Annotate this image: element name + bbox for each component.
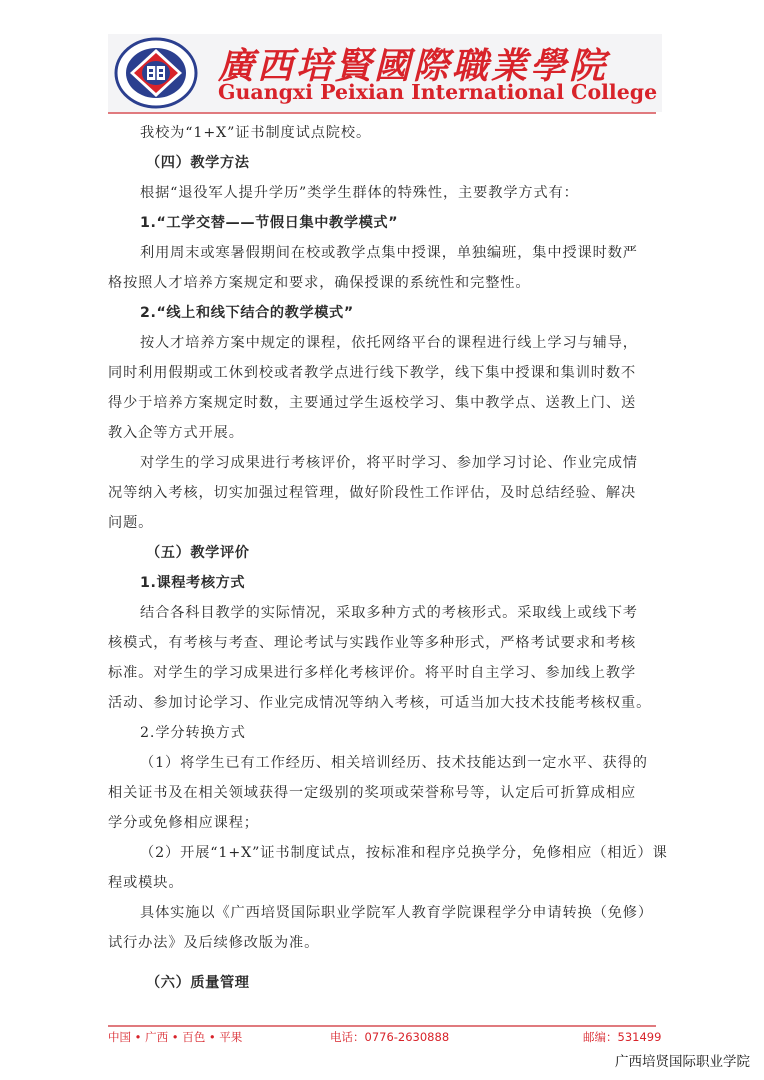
paragraph-line: 按人才培养方案中规定的课程，依托网络平台的课程进行线上学习与辅导， [108,332,638,352]
paragraph-line: 相关证书及在相关领域获得一定级别的奖项或荣誉称号等，认定后可折算成相应 [108,782,636,802]
paragraph-line: 试行办法》及后续修改版为准。 [108,932,319,952]
paragraph-line: 具体实施以《广西培贤国际职业学院军人教育学院课程学分申请转换（免修） [108,902,653,922]
college-name-english: Guangxi Peixian International College [218,80,657,104]
footer-phone: 电话：0776-2630888 [330,1029,449,1045]
paragraph-line: 教入企等方式开展。 [108,422,244,442]
paragraph-line: 况等纳入考核，切实加强过程管理，做好阶段性工作评估，及时总结经验、解决 [108,482,636,502]
paragraph-line: 得少于培养方案规定时数，主要通过学生返校学习、集中教学点、送教上门、送 [108,392,636,412]
paragraph-line: 同时利用假期或工休到校或者教学点进行线下教学，线下集中授课和集训时数不 [108,362,636,382]
paragraph-line: （1）将学生已有工作经历、相关培训经历、技术技能达到一定水平、获得的 [108,752,648,772]
paragraph-line: 2.学分转换方式 [108,722,246,742]
paragraph-line: 我校为“1+X”证书制度试点院校。 [108,122,371,142]
paragraph-line: 学分或免修相应课程； [108,812,259,832]
header-divider [108,112,656,114]
paragraph-line: 问题。 [108,512,153,532]
subsection-heading: 1.“工学交替——节假日集中教学模式” [108,212,398,232]
college-emblem-icon [114,37,198,109]
paragraph-line: 标准。对学生的学习成果进行多样化考核评价。将平时自主学习、参加线上教学 [108,662,636,682]
footer-divider [108,1025,656,1027]
paragraph-line: （2）开展“1+X”证书制度试点，按标准和程序兑换学分，免修相应（相近）课 [108,842,668,862]
paragraph-line: 格按照人才培养方案规定和要求，确保授课的系统性和完整性。 [108,272,530,292]
paragraph-line: 结合各科目教学的实际情况，采取多种方式的考核形式。采取线上或线下考 [108,602,638,622]
paragraph-line: 核模式，有考核与考查、理论考试与实践作业等多种形式，严格考试要求和考核 [108,632,636,652]
footer-postcode: 邮编：531499 [583,1029,661,1045]
subsection-heading: 2.“线上和线下结合的教学模式” [108,302,354,322]
section-heading: （五）教学评价 [108,542,250,562]
footer-location: 中国 • 广西 • 百色 • 平果 [108,1029,242,1045]
letterhead-banner: 廣西培賢國際職業學院 Guangxi Peixian International… [108,34,662,112]
paragraph-line: 根据“退役军人提升学历”类学生群体的特殊性，主要教学方式有： [108,182,579,202]
source-watermark: 广西培贤国际职业学院 [615,1050,750,1070]
paragraph-line: 利用周末或寒暑假期间在校或教学点集中授课，单独编班，集中授课时数严 [108,242,638,262]
section-heading: （六）质量管理 [108,972,250,992]
paragraph-line: 活动、参加讨论学习、作业完成情况等纳入考核，可适当加大技术技能考核权重。 [108,692,651,712]
section-heading: （四）教学方法 [108,152,250,172]
paragraph-line: 对学生的学习成果进行考核评价，将平时学习、参加学习讨论、作业完成情 [108,452,638,472]
subsection-heading: 1.课程考核方式 [108,572,245,592]
paragraph-line: 程或模块。 [108,872,183,892]
